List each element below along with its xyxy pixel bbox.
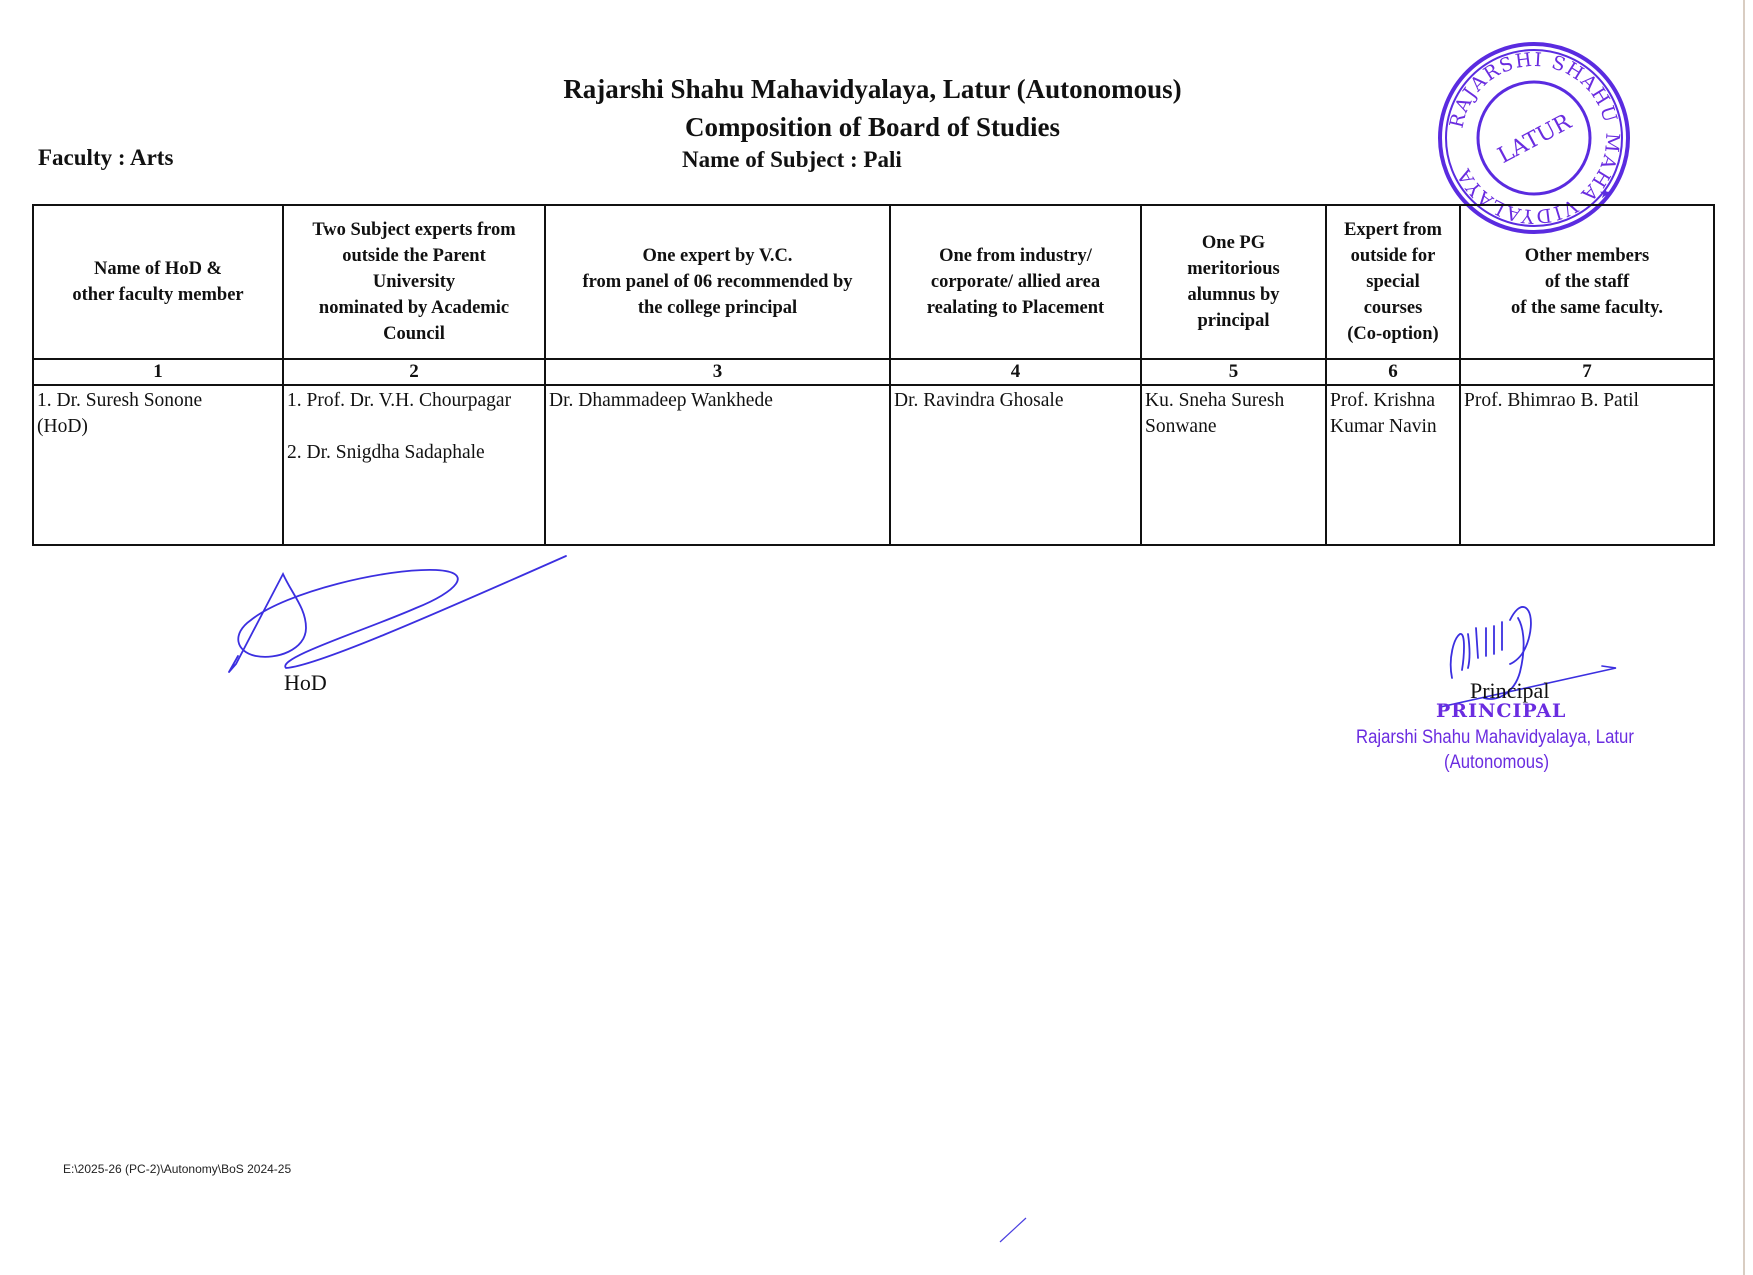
column-header-line: other faculty member [34,282,282,308]
column-header-line: of the same faculty. [1461,295,1713,321]
member-name: Dr. Ravindra Ghosale [894,388,1137,414]
member-name: 1. Prof. Dr. V.H. Chourpagar [287,388,541,414]
column-header-line: Other members [1461,243,1713,269]
member-name: Kumar Navin [1330,414,1456,440]
column-header-line: of the staff [1461,269,1713,295]
column-header-line: Name of HoD & [34,256,282,282]
column-header-line: realating to Placement [891,295,1140,321]
column-number: 3 [545,359,890,385]
column-header-line: One PG [1142,230,1325,256]
column-header-6: Expert fromoutside forspecialcourses(Co-… [1326,205,1460,359]
column-header-line: principal [1142,308,1325,334]
svg-text:LATUR: LATUR [1494,109,1577,169]
column-header-line: corporate/ allied area [891,269,1140,295]
column-number: 7 [1460,359,1714,385]
member-name: Prof. Bhimrao B. Patil [1464,388,1710,414]
subject-name: Name of Subject : Pali [682,147,902,173]
column-header-line: alumnus by [1142,282,1325,308]
table-cell: Prof. Bhimrao B. Patil [1460,385,1714,545]
member-name: Dr. Dhammadeep Wankhede [549,388,886,414]
principal-stamp-college: Rajarshi Shahu Mahavidyalaya, Latur [1356,727,1634,749]
column-header-line: outside for [1327,243,1459,269]
hod-label: HoD [284,670,327,696]
column-header-line: nominated by Academic [284,295,544,321]
column-number: 2 [283,359,545,385]
column-header-line: courses [1327,295,1459,321]
member-name: Ku. Sneha Suresh [1145,388,1322,414]
principal-stamp-status: (Autonomous) [1444,752,1549,774]
scan-edge [1743,0,1745,1275]
column-number: 1 [33,359,283,385]
column-header-line: One expert by V.C. [546,243,889,269]
principal-stamp-title: PRINCIPAL [1436,700,1566,722]
column-header-line: Two Subject experts from [284,217,544,243]
column-number-row: 1234567 [33,359,1714,385]
column-header-line: One from industry/ [891,243,1140,269]
column-header-line: from panel of 06 recommended by [546,269,889,295]
member-name: Prof. Krishna [1330,388,1456,414]
table-cell: Dr. Dhammadeep Wankhede [545,385,890,545]
hod-signature-icon [226,548,586,683]
column-number: 5 [1141,359,1326,385]
column-header-3: One expert by V.C.from panel of 06 recom… [545,205,890,359]
column-header-5: One PGmeritoriousalumnus byprincipal [1141,205,1326,359]
column-header-line: Expert from [1327,217,1459,243]
faculty-label: Faculty : Arts [38,145,173,171]
column-number: 4 [890,359,1141,385]
member-name [287,414,541,440]
column-header-7: Other membersof the staffof the same fac… [1460,205,1714,359]
table-cell: Ku. Sneha SureshSonwane [1141,385,1326,545]
member-name: 2. Dr. Snigdha Sadaphale [287,440,541,466]
board-of-studies-table: Name of HoD &other faculty memberTwo Sub… [32,204,1715,546]
svg-text:★: ★ [1599,187,1612,202]
column-header-line: meritorious [1142,256,1325,282]
column-header-line: Council [284,321,544,347]
column-header-line: (Co-option) [1327,321,1459,347]
member-name: Sonwane [1145,414,1322,440]
stray-pen-mark-icon [998,1214,1028,1249]
column-number: 6 [1326,359,1460,385]
column-header-line: the college principal [546,295,889,321]
column-header-1: Name of HoD &other faculty member [33,205,283,359]
column-header-line: outside the Parent [284,243,544,269]
column-header-4: One from industry/corporate/ allied area… [890,205,1141,359]
column-header-2: Two Subject experts fromoutside the Pare… [283,205,545,359]
table-cell: Prof. KrishnaKumar Navin [1326,385,1460,545]
column-header-line: University [284,269,544,295]
table-cell: 1. Prof. Dr. V.H. Chourpagar2. Dr. Snigd… [283,385,545,545]
member-name: (HoD) [37,414,279,440]
table-row: 1. Dr. Suresh Sonone(HoD)1. Prof. Dr. V.… [33,385,1714,545]
column-header-line: special [1327,269,1459,295]
table-cell: Dr. Ravindra Ghosale [890,385,1141,545]
table-header-row: Name of HoD &other faculty memberTwo Sub… [33,205,1714,359]
table-cell: 1. Dr. Suresh Sonone(HoD) [33,385,283,545]
file-path-footer: E:\2025-26 (PC-2)\Autonomy\BoS 2024-25 [63,1162,291,1176]
member-name: 1. Dr. Suresh Sonone [37,388,279,414]
